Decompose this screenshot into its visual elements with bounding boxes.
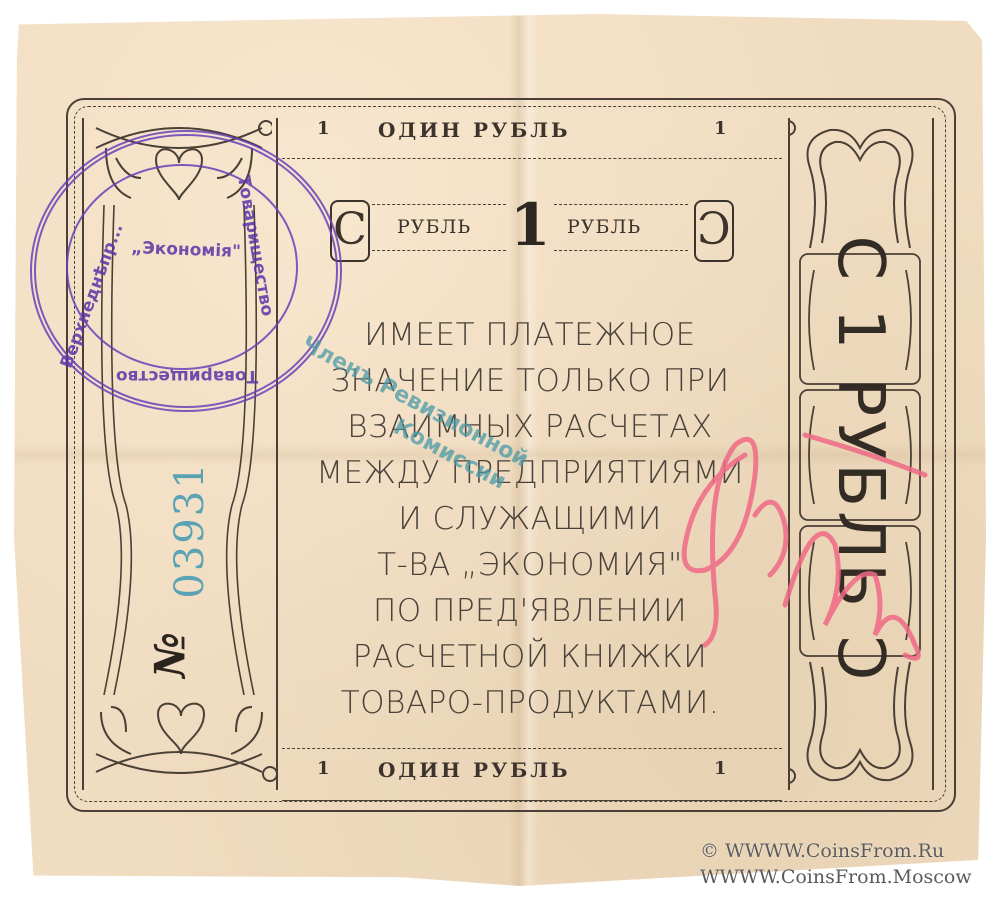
- body-line: ИМЕЕТ ПЛАТЕЖНОЕ: [300, 312, 760, 358]
- serial-number: 03931: [150, 445, 230, 615]
- denom-rule-right-top: [554, 204, 688, 205]
- denom-rule-left-top: [372, 204, 506, 205]
- top-right-numeral: 1: [714, 118, 727, 139]
- left-bottom-heart-ornament-icon: [86, 692, 282, 788]
- right-scroll-ornament: Ɔ: [694, 200, 734, 262]
- red-signature-icon: [675, 395, 935, 675]
- bottom-heading: ОДИН РУБЛЬ: [378, 758, 571, 782]
- bottom-rule-upper: [282, 748, 782, 749]
- denom-rule-left-bottom: [372, 250, 506, 251]
- body-line: ТОВАРО-ПРОДУКТАМИ.: [300, 680, 760, 726]
- central-numeral: 1: [510, 196, 550, 254]
- denomination-label-left: РУБЛЬ: [397, 216, 471, 238]
- watermark-line-1: © WWWW.CoinsFrom.Ru: [700, 838, 972, 864]
- denomination-label-right: РУБЛЬ: [567, 216, 641, 238]
- top-left-numeral: 1: [317, 118, 330, 139]
- serial-number-prefix: №: [130, 610, 210, 700]
- bottom-right-numeral: 1: [714, 758, 727, 779]
- bottom-rule-lower: [282, 800, 782, 801]
- denom-rule-right-bottom: [554, 250, 688, 251]
- top-heading: ОДИН РУБЛЬ: [378, 118, 571, 142]
- watermark-line-2: WWWW.CoinsFrom.Moscow: [700, 864, 972, 890]
- bottom-left-numeral: 1: [317, 758, 330, 779]
- watermark: © WWWW.CoinsFrom.Ru WWWW.CoinsFrom.Mosco…: [700, 838, 972, 890]
- stamp-ring-text-bottom: Товарищество: [116, 366, 258, 386]
- top-rule: [282, 158, 782, 159]
